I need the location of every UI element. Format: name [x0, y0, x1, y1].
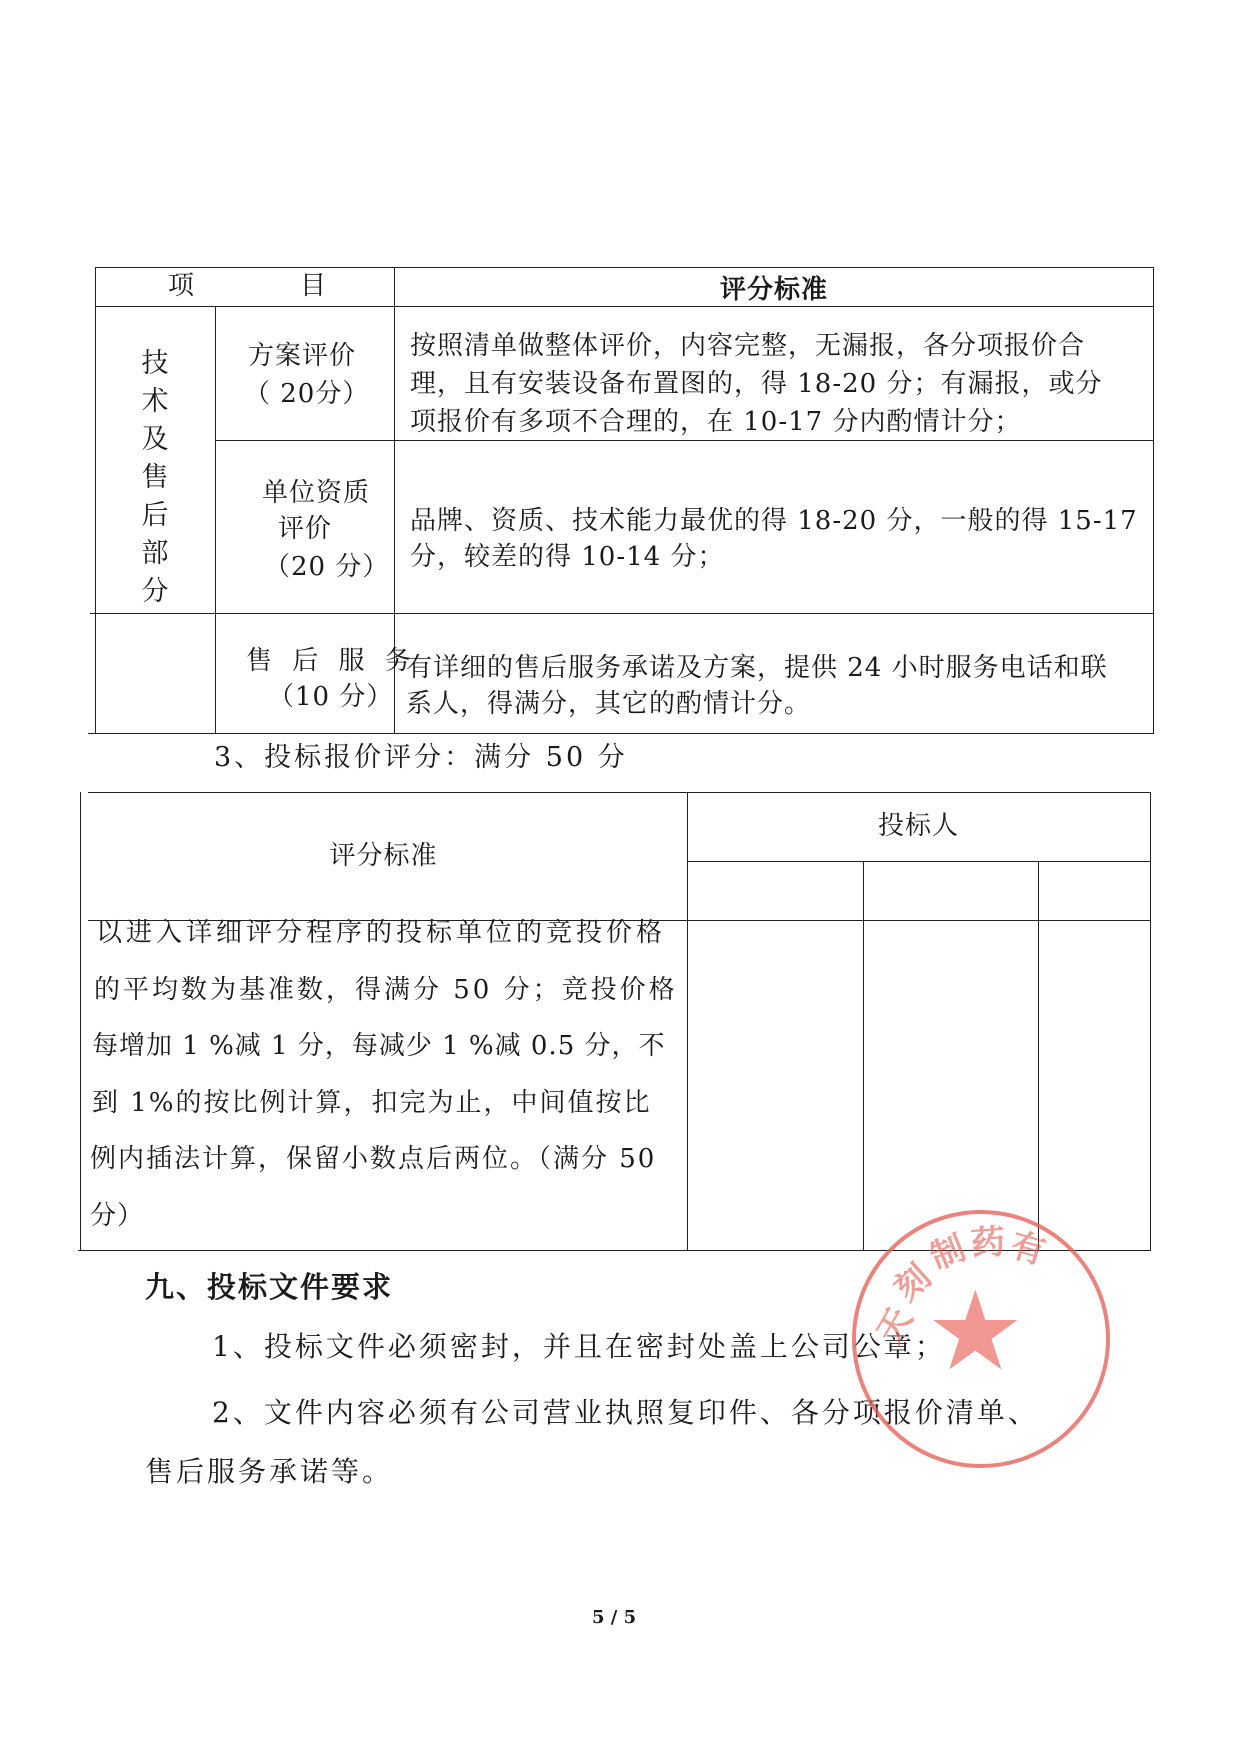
- table-border-top: [96, 267, 1154, 268]
- bidder-column-header-3: [1039, 862, 1149, 919]
- col-divider-group: [215, 306, 216, 733]
- group-char: 术: [135, 383, 175, 421]
- table-border-right: [1150, 792, 1151, 1250]
- group-char: 售: [135, 459, 175, 497]
- criteria-line: 每增加 1 %减 1 分，每减少 1 %减 0.5 分，不: [92, 1028, 666, 1065]
- table-border-bottom: [88, 733, 1154, 734]
- seal-char: 刻: [889, 1259, 937, 1307]
- bidder-score-2: [864, 921, 1037, 1249]
- criteria-line: 系人，得满分，其它的酌情计分。: [406, 686, 811, 723]
- criteria-line: 项报价有多项不合理的，在 10-17 分内酌情计分；: [410, 404, 1021, 441]
- header-item-a: 项: [168, 268, 195, 305]
- row-divider-2: [90, 613, 1154, 614]
- criteria-line: 品牌、资质、技术能力最优的得 18-20 分，一般的得 15-17: [410, 503, 1138, 540]
- header-bidder: 投标人: [687, 808, 1150, 845]
- item-name: 单位资质: [262, 475, 370, 512]
- criteria-line: 有详细的售后服务承诺及方案，提供 24 小时服务电话和联: [406, 650, 1108, 687]
- criteria-line: 到 1%的按比例计算，扣完为止，中间值按比: [92, 1085, 652, 1122]
- item-name: 售 后 服 务: [246, 643, 417, 680]
- group-char: 技: [135, 345, 175, 383]
- criteria-line: 按照清单做整体评价，内容完整，无漏报，各分项报价合: [410, 328, 1085, 365]
- criteria-line: 以进入详细评分程序的投标单位的竞投价格: [96, 915, 666, 952]
- table-border-right: [1153, 267, 1154, 733]
- bid-price-section-title: 3、投标报价评分：满分 50 分: [214, 738, 628, 778]
- header-item-b: 目: [300, 268, 327, 305]
- header-criteria: 评分标准: [394, 272, 1154, 309]
- bidder-score-3: [1039, 921, 1149, 1249]
- bidder-score-1: [688, 921, 862, 1249]
- item-points: （20 分）: [264, 549, 389, 586]
- header-criteria: 评分标准: [80, 838, 687, 875]
- criteria-line: 的平均数为基准数，得满分 50 分；竞投价格: [94, 972, 678, 1009]
- table-border-left: [95, 267, 96, 733]
- table-border-bottom: [78, 1250, 1151, 1251]
- item-points: （ 20分）: [244, 376, 369, 413]
- group-char: 部: [135, 535, 175, 573]
- requirement-item-continuation: 售后服务承诺等。: [145, 1452, 393, 1492]
- section-nine-heading: 九、投标文件要求: [145, 1265, 393, 1306]
- criteria-line: 分，较差的得 10-14 分；: [410, 539, 724, 576]
- criteria-line: 理，且有安装设备布置图的，得 18-20 分；有漏报，或分: [410, 366, 1102, 403]
- requirement-item: 1、投标文件必须密封，并且在密封处盖上公司公章；: [212, 1327, 946, 1367]
- criteria-line: 分）: [90, 1198, 144, 1235]
- item-name: 方案评价: [248, 338, 356, 375]
- requirement-item: 2、文件内容必须有公司营业执照复印件、各分项报价清单、: [212, 1393, 1039, 1433]
- table-border-top: [88, 792, 1151, 793]
- criteria-line: 例内插法计算，保留小数点后两位。（满分 50: [90, 1141, 656, 1178]
- page-number: 5 / 5: [592, 1607, 636, 1628]
- item-points: （10 分）: [268, 679, 393, 716]
- item-name: 评价: [278, 511, 332, 548]
- group-char: 及: [135, 421, 175, 459]
- group-char: 后: [135, 497, 175, 535]
- bidder-column-header-1: [688, 862, 862, 919]
- bidder-column-header-2: [864, 862, 1037, 919]
- group-char: 分: [135, 573, 175, 611]
